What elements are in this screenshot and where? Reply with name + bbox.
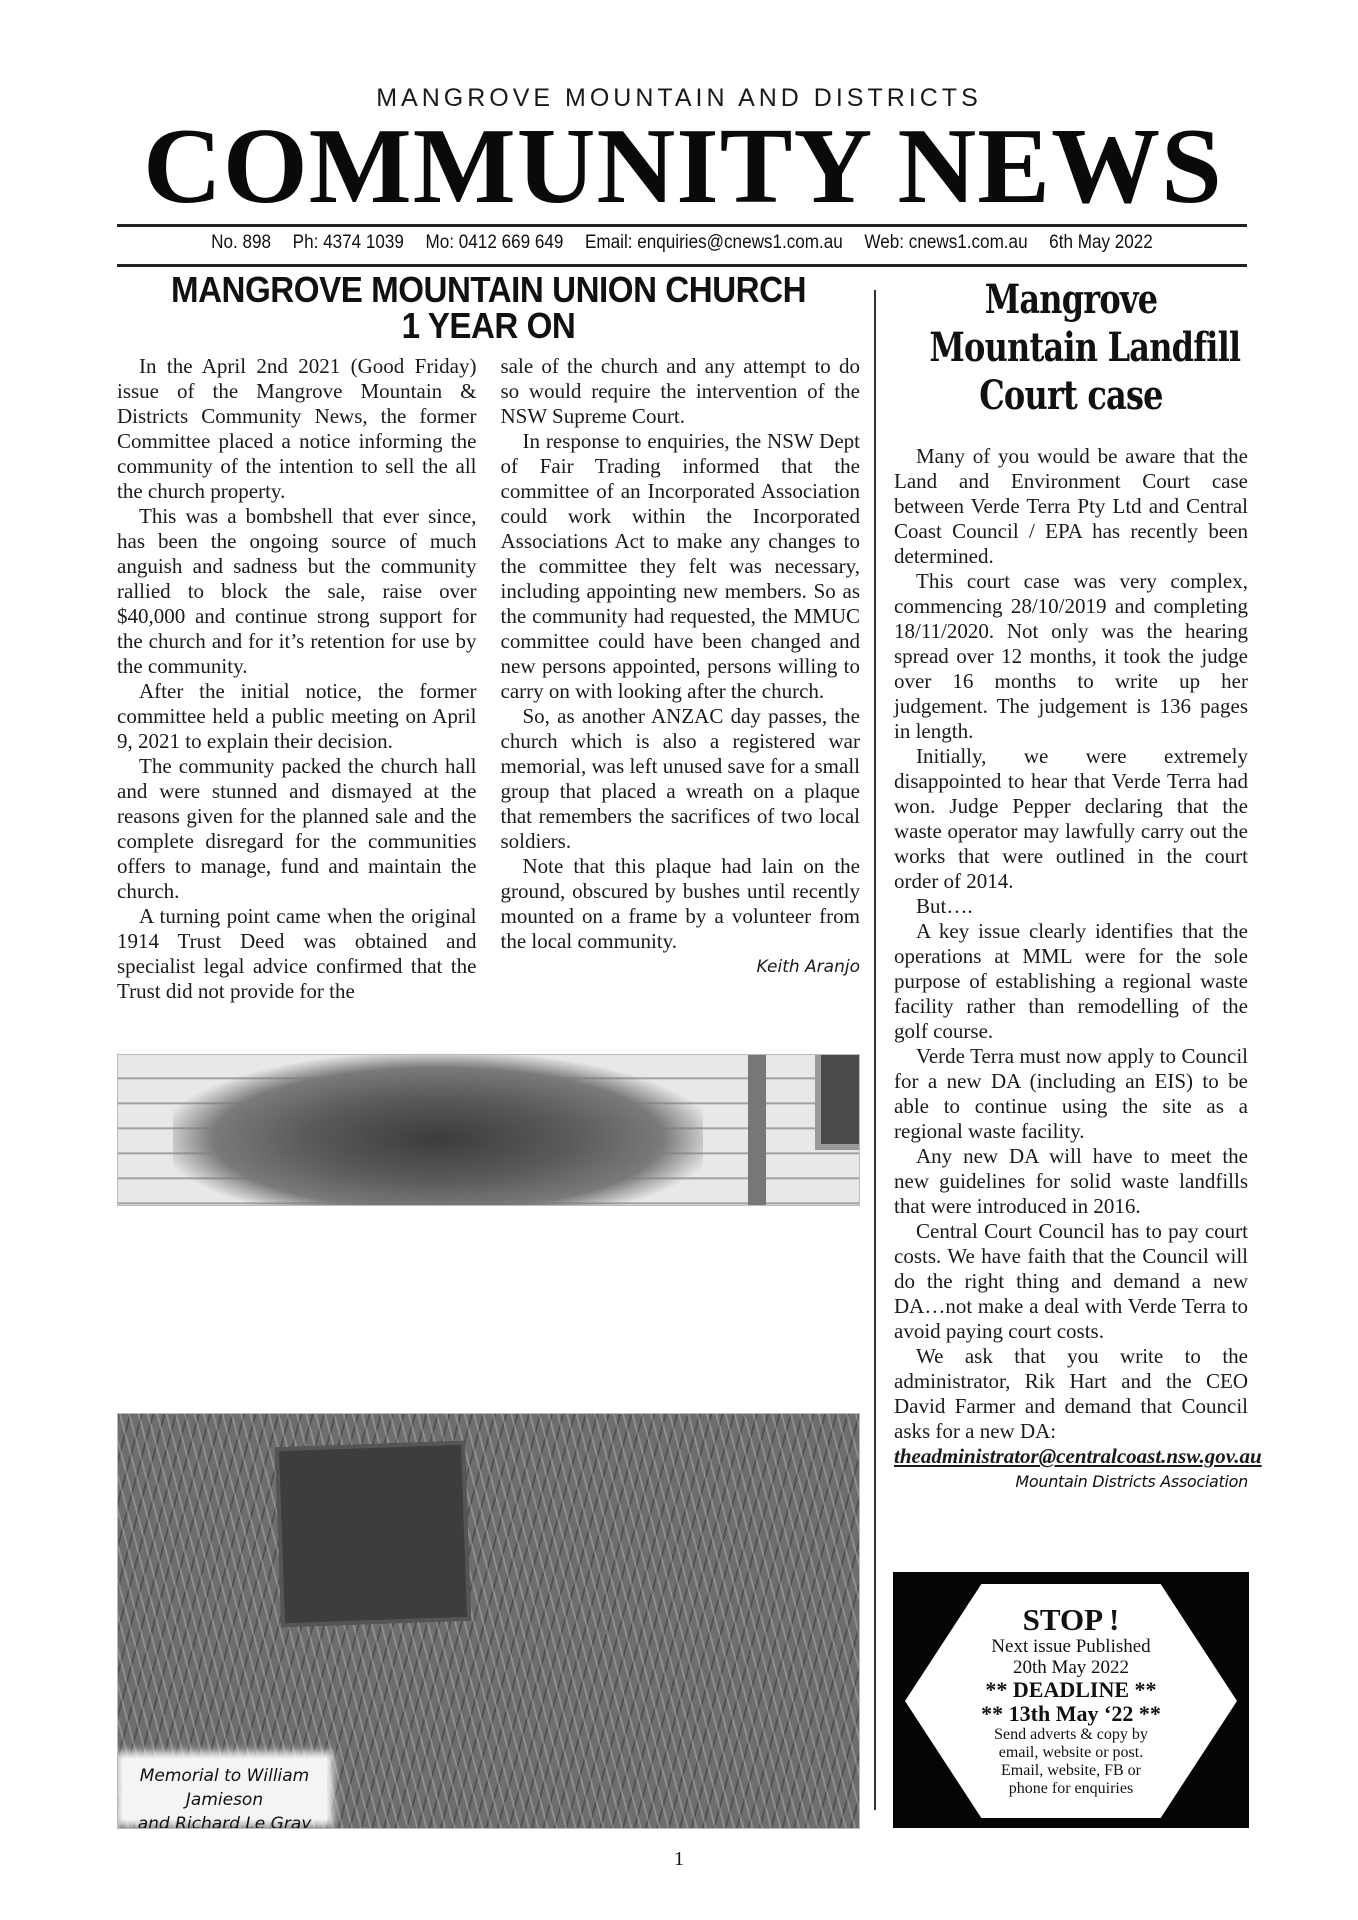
- church-headline: MANGROVE MOUNTAIN UNION CHURCH 1 YEAR ON: [147, 272, 831, 344]
- paragraph: Initially, we were extremely disappointe…: [894, 744, 1248, 894]
- masthead-rule-top: [117, 224, 1247, 227]
- paragraph: This court case was very complex, commen…: [894, 569, 1248, 744]
- photo-caption: Memorial to William Jamieson and Richard…: [122, 1758, 327, 1820]
- paragraph: A turning point came when the original 1…: [117, 904, 477, 1004]
- paragraph: In response to enquiries, the NSW Dept o…: [501, 429, 861, 704]
- paragraph: We ask that you write to the administrat…: [894, 1344, 1248, 1444]
- stop-instructions-4: phone for enquiries: [1009, 1780, 1133, 1798]
- paragraph: This was a bombshell that ever since, ha…: [117, 504, 477, 679]
- stop-title: STOP !: [1023, 1604, 1120, 1636]
- paragraph: Note that this plaque had lain on the gr…: [501, 854, 861, 954]
- stop-instructions-2: email, website or post.: [999, 1744, 1143, 1762]
- landfill-byline: Mountain Districts Association: [894, 1469, 1248, 1495]
- next-issue-date: 20th May 2022: [1013, 1657, 1129, 1678]
- landfill-title: Mangrove Mountain Landfill Court case: [929, 276, 1212, 420]
- page-number: 1: [0, 1848, 1358, 1871]
- phone-number: Ph: 4374 1039: [293, 232, 404, 260]
- administrator-email-link[interactable]: theadministrator@centralcoast.nsw.gov.au: [894, 1444, 1248, 1469]
- website-address[interactable]: Web: cnews1.com.au: [864, 232, 1027, 260]
- landfill-body: Many of you would be aware that the Land…: [894, 444, 1248, 1495]
- deadline-date: ** 13th May ‘22 **: [981, 1702, 1161, 1726]
- paragraph: The community packed the church hall and…: [117, 754, 477, 904]
- email-address[interactable]: Email: enquiries@cnews1.com.au: [585, 232, 843, 260]
- paragraph: Verde Terra must now apply to Council fo…: [894, 1044, 1248, 1144]
- church-column-2: sale of the church and any attempt to do…: [501, 354, 861, 1004]
- masthead-rule-bottom: [117, 264, 1247, 267]
- paragraph: In the April 2nd 2021 (Good Friday) issu…: [117, 354, 477, 504]
- church-article-columns: In the April 2nd 2021 (Good Friday) issu…: [117, 354, 860, 1004]
- issue-date: 6th May 2022: [1049, 232, 1153, 260]
- masthead-info-bar: No. 898 Ph: 4374 1039 Mo: 0412 669 649 E…: [174, 232, 1191, 260]
- window-shape: [815, 1055, 859, 1150]
- paragraph: A key issue clearly identifies that the …: [894, 919, 1248, 1044]
- stop-instructions-3: Email, website, FB or: [1001, 1762, 1141, 1780]
- photo-caption-line2: and Richard Le Gray: [122, 1812, 327, 1829]
- shrub-shape: [173, 1055, 703, 1206]
- church-byline: Keith Aranjo: [501, 954, 861, 980]
- issue-number: No. 898: [211, 232, 271, 260]
- church-column-1: In the April 2nd 2021 (Good Friday) issu…: [117, 354, 477, 1004]
- mobile-number: Mo: 0412 669 649: [426, 232, 564, 260]
- column-divider: [874, 290, 876, 1810]
- paragraph: After the initial notice, the former com…: [117, 679, 477, 754]
- landfill-title-line1: Mangrove: [929, 276, 1212, 324]
- memorial-plaque-shape: [275, 1441, 471, 1628]
- landfill-title-line2: Mountain Landfill: [929, 324, 1212, 372]
- paragraph: So, as another ANZAC day passes, the chu…: [501, 704, 861, 854]
- deadline-label: ** DEADLINE **: [985, 1678, 1156, 1702]
- next-issue-label: Next issue Published: [991, 1636, 1150, 1657]
- paragraph: Many of you would be aware that the Land…: [894, 444, 1248, 569]
- landfill-article: Mangrove Mountain Landfill Court case Ma…: [894, 276, 1248, 1495]
- paragraph: Any new DA will have to meet the new gui…: [894, 1144, 1248, 1219]
- church-article: MANGROVE MOUNTAIN UNION CHURCH 1 YEAR ON…: [117, 272, 860, 344]
- door-frame-shape: [748, 1055, 766, 1206]
- photo-caption-line1: Memorial to William Jamieson: [122, 1764, 327, 1812]
- masthead-title: COMMUNITY NEWS: [112, 112, 1253, 222]
- paragraph: But….: [894, 894, 1248, 919]
- stop-instructions-1: Send adverts & copy by: [994, 1726, 1148, 1744]
- church-headline-line1: MANGROVE MOUNTAIN UNION CHURCH: [147, 272, 831, 308]
- landfill-title-line3: Court case: [929, 372, 1212, 420]
- church-headline-line2: 1 YEAR ON: [147, 308, 831, 344]
- paragraph: Central Court Council has to pay court c…: [894, 1219, 1248, 1344]
- church-garden-photo: [117, 1054, 860, 1206]
- memorial-photo: Memorial to William Jamieson and Richard…: [117, 1413, 860, 1829]
- stop-hexagon: STOP ! Next issue Published 20th May 202…: [905, 1584, 1237, 1818]
- stop-notice-box: STOP ! Next issue Published 20th May 202…: [893, 1572, 1249, 1828]
- paragraph: sale of the church and any attempt to do…: [501, 354, 861, 429]
